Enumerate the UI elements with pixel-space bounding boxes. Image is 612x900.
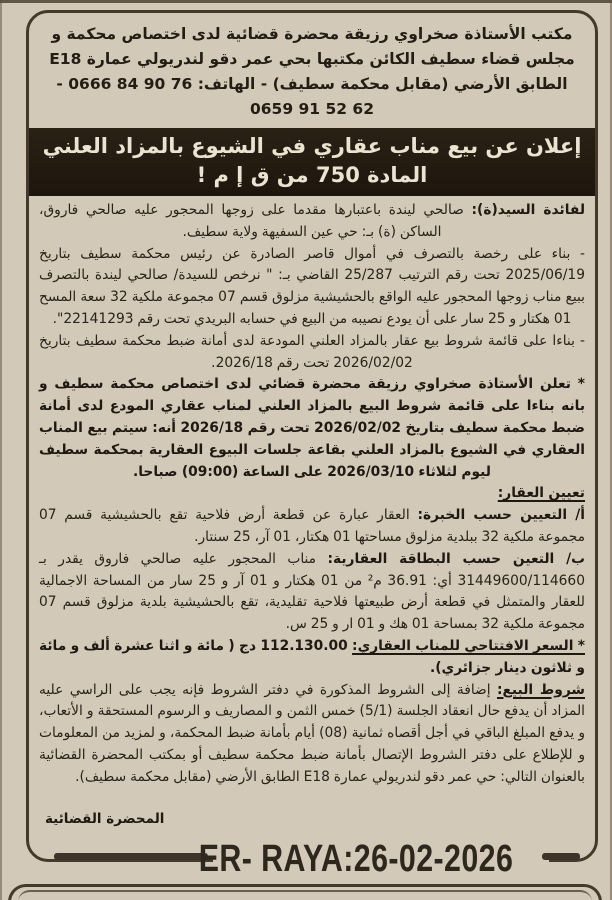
office-header: مكتب الأستاذة صخراوي رزيقة محضرة قضائية …	[29, 13, 595, 125]
paragraph-expert-designation: أ/ التعيين حسب الخبرة: العقار عبارة عن ق…	[39, 505, 585, 549]
page: { "colors":{ "paper":"#d2c9b8", "ink":"#…	[0, 0, 612, 900]
announcement-text: * تعلن الأستاذة صخراوي رزيقة محضرة قضائي…	[39, 376, 585, 479]
paragraph-deposit: - بناءا على قائمة شروط بيع عقار بالمزاد …	[39, 331, 585, 375]
page-edge-top	[0, 0, 612, 3]
legal-notice-box: مكتب الأستاذة صخراوي رزيقة محضرة قضائية …	[26, 10, 598, 862]
paragraph-license: - بناء على رخصة بالتصرف في أموال قاصر ال…	[39, 244, 585, 331]
card-label: ب/ التعين حسب البطاقة العقارية:	[327, 551, 585, 567]
footer-publication-date: ER- RAYA:26-02-2026	[148, 838, 564, 881]
price-label: * السعر الافتتاحي للمناب العقاري:	[352, 638, 585, 654]
paragraph-sale-terms: شروط البيع: إضافة إلى الشروط المذكورة في…	[39, 680, 585, 789]
beneficiary-label: لفائدة السيد(ة):	[472, 202, 585, 218]
next-ad-inner-border	[18, 890, 592, 900]
notice-body: لفائدة السيد(ة): صالحي ليندة باعتبارها م…	[29, 196, 595, 789]
signature: المحضرة القضائية	[45, 811, 164, 827]
banner-title: إعلان عن بيع مناب عقاري في الشيوع بالمزا…	[33, 132, 591, 161]
designation-title: تعيين العقار:	[498, 485, 585, 501]
paragraph-beneficiary: لفائدة السيد(ة): صالحي ليندة باعتبارها م…	[39, 200, 585, 244]
announcement-banner: إعلان عن بيع مناب عقاري في الشيوع بالمزا…	[29, 128, 595, 196]
designation-heading: تعيين العقار:	[39, 483, 585, 505]
terms-label: شروط البيع:	[497, 682, 585, 698]
beneficiary-text: صالحي ليندة باعتبارها مقدما على زوجها ال…	[39, 202, 472, 240]
paragraph-opening-price: * السعر الافتتاحي للمناب العقاري: 112.13…	[39, 636, 585, 680]
deposit-text: - بناءا على قائمة شروط بيع عقار بالمزاد …	[39, 333, 585, 371]
paragraph-land-card-designation: ب/ التعين حسب البطاقة العقارية: مناب الم…	[39, 549, 585, 636]
phone-number-1: 0666 84 90 76	[68, 75, 192, 93]
page-edge-left	[0, 0, 2, 900]
expert-label: أ/ التعيين حسب الخبرة:	[417, 507, 585, 523]
phone-number-2: 0659 91 52 62	[250, 100, 374, 118]
phone-separator: -	[56, 75, 68, 93]
next-ad-top-border	[8, 884, 602, 900]
paragraph-announcement: * تعلن الأستاذة صخراوي رزيقة محضرة قضائي…	[39, 374, 585, 483]
license-text: - بناء على رخصة بالتصرف في أموال قاصر ال…	[39, 246, 585, 327]
banner-subtitle: المادة 750 من ق إ م !	[33, 161, 591, 190]
